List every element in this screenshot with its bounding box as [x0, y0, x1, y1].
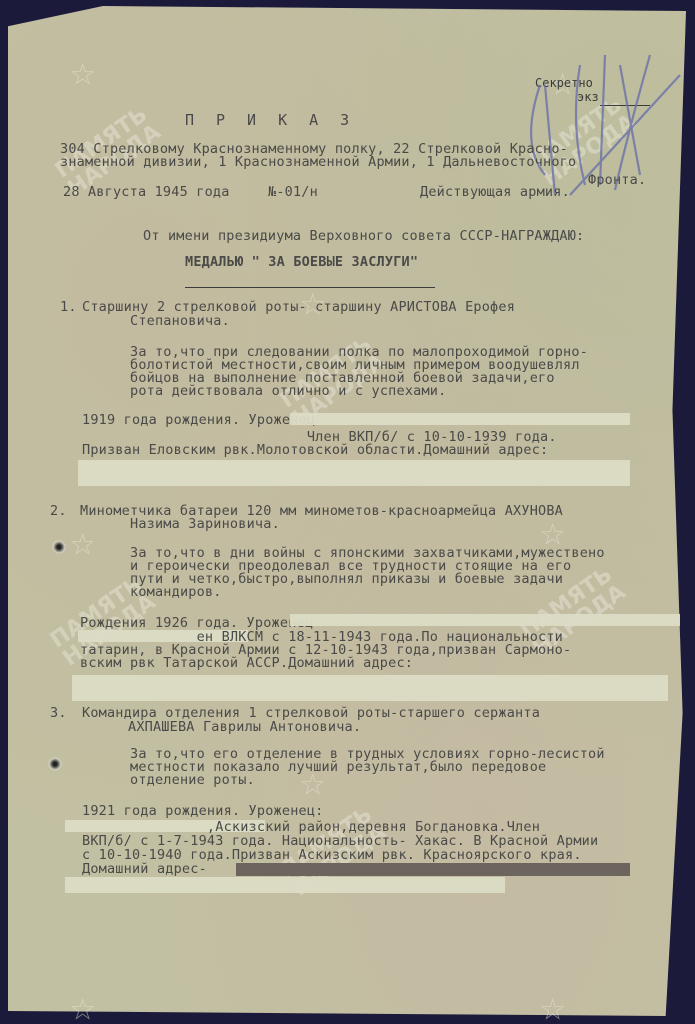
bio-line: Призван Еловским рвк.Молотовской области… — [82, 444, 548, 457]
entry-name-line2: АХПАШЕВА Гаврилы Антоновича. — [128, 721, 361, 734]
unit-line2: знаменной дивизии, 1 Краснознаменной Арм… — [60, 156, 576, 169]
medal-underline — [185, 287, 435, 288]
punch-hole — [48, 757, 62, 771]
star-icon: ☆ — [70, 50, 95, 92]
star-icon: ☆ — [540, 985, 565, 1024]
entry-number: 3. — [50, 707, 67, 720]
redaction — [72, 675, 668, 701]
bio-line: вским рвк Татарской АССР.Домашний адрес: — [80, 657, 413, 670]
merit-line: рота действовала отлично и с успехами. — [130, 385, 446, 398]
redaction — [290, 614, 680, 626]
entry-number: 2. — [50, 505, 67, 518]
bio-line: Домашний адрес- — [82, 863, 207, 876]
merit-line: отделение роты. — [130, 774, 255, 787]
bio-line: 1919 года рождения. Уроженец — [82, 414, 315, 427]
page-title: ПРИКАЗ — [185, 114, 371, 127]
redaction — [78, 460, 630, 486]
award-preamble: От имени президиума Верховного совета СС… — [143, 230, 584, 243]
unit-line3: Фронта. — [588, 174, 646, 187]
star-icon: ☆ — [70, 520, 95, 562]
entry-name-line2: Степановича. — [130, 315, 230, 328]
redaction — [65, 877, 505, 893]
punch-hole — [52, 540, 66, 554]
entry-number: 1. — [60, 301, 77, 314]
redaction-dark — [236, 863, 630, 876]
redaction — [290, 413, 630, 425]
order-number: №-01/н — [268, 186, 318, 199]
entry-name-line2: Назима Зариновича. — [130, 518, 280, 531]
order-date: 28 Августа 1945 года — [63, 186, 230, 199]
merit-line: командиров. — [130, 586, 222, 599]
order-location: Действующая армия. — [420, 186, 570, 199]
star-icon: ☆ — [70, 985, 95, 1024]
medal-name: МЕДАЛЬЮ " ЗА БОЕВЫЕ ЗАСЛУГИ" — [185, 256, 418, 269]
bio-line: 1921 года рождения. Уроженец: — [82, 805, 324, 818]
